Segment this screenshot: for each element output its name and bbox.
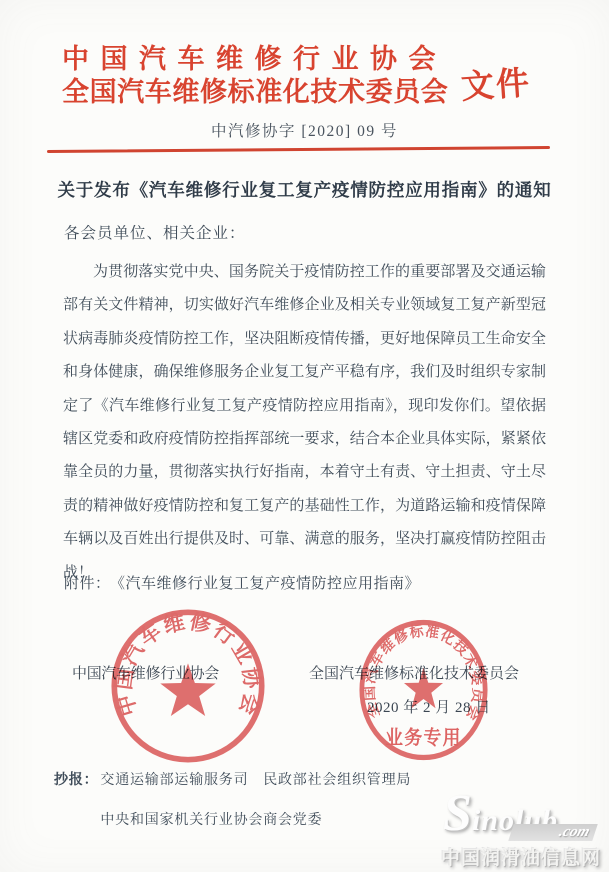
letterhead: 中国汽车维修行业协会 全国汽车维修标准化技术委员会 文件	[62, 42, 554, 109]
red-separator-line	[47, 146, 550, 152]
copy-to-line-2: 中央和国家机关行业协会商会党委	[100, 809, 411, 829]
body-paragraph: 为贯彻落实党中央、国务院关于疫情防控工作的重要部署及交通运输部有关文件精神，切实…	[63, 256, 546, 590]
attachment-label: 附件：	[64, 576, 111, 592]
watermark-tld-badge: .com	[508, 824, 598, 841]
seal-left-stamp-icon: 中国汽车维修行业协会	[106, 605, 270, 767]
attachment-title: 《汽车维修行业复工复产疫情防控应用指南》	[118, 576, 421, 592]
watermark-site-name: 中国润滑油信息网	[441, 843, 601, 870]
salutation: 各会员单位、相关企业：	[64, 221, 246, 243]
star-icon	[160, 663, 215, 716]
org-name-line1: 中国汽车维修行业协会	[62, 42, 448, 76]
seal-right-stamp-icon: 全国汽车维修标准化技术委员会 业务专用	[355, 615, 492, 765]
watermark: Sinolub .com 中国润滑油信息网	[435, 786, 605, 866]
doc-number: 中汽修协字 [2020] 09 号	[0, 119, 609, 141]
org-name-line2: 全国汽车维修标准化技术委员会	[62, 76, 448, 109]
letterhead-org-names: 中国汽车维修行业协会 全国汽车维修标准化技术委员会	[62, 42, 448, 109]
attachment-line: 附件：《汽车维修行业复工复产疫情防控应用指南》	[64, 572, 420, 593]
seal-right-caption: 业务专用	[385, 726, 462, 749]
copy-to-label: 抄报：	[54, 769, 98, 829]
star-icon	[404, 668, 443, 709]
notice-title: 关于发布《汽车维修行业复工复产疫情防控应用指南》的通知	[0, 177, 609, 202]
copy-to-block: 抄报： 交通运输部运输服务司 民政部社会组织管理局 中央和国家机关行业协会商会党…	[54, 769, 411, 829]
copy-to-list: 交通运输部运输服务司 民政部社会组织管理局 中央和国家机关行业协会商会党委	[100, 769, 411, 829]
copy-to-line-1: 交通运输部运输服务司 民政部社会组织管理局	[100, 769, 411, 789]
watermark-logo-initial: S	[443, 785, 472, 842]
doc-type-label: 文件	[460, 57, 533, 109]
official-document-page: 中国汽车维修行业协会 全国汽车维修标准化技术委员会 文件 中汽修协字 [2020…	[0, 0, 609, 872]
